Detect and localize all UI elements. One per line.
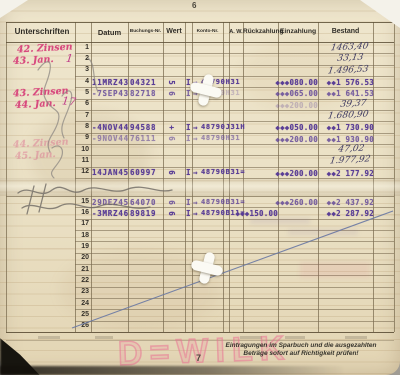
entry-konto: 48790H31: [201, 134, 240, 142]
entry-datum: -3MRZ46: [92, 209, 129, 218]
row-number: 2: [75, 55, 89, 62]
row-number: 6: [75, 100, 89, 107]
row-number: 22: [75, 277, 89, 284]
header-einzahlung: Einzahlung: [278, 28, 318, 35]
row-number: 1: [75, 44, 89, 51]
row-number: 19: [75, 243, 89, 250]
footer-notice-line2: Beträge sofort auf Richtigkeit prüfen!: [206, 350, 396, 358]
einzahlung-stamp: ◆◆◆200.00: [272, 135, 318, 144]
entry-buchung: 94588: [130, 123, 156, 132]
entry-wert: 6: [167, 91, 176, 96]
grid-line: [75, 230, 394, 231]
bestand-stamp: ◆◆2 177.92: [322, 169, 374, 178]
entry-datum: 11MRZ43: [92, 78, 129, 87]
header-wert: Wert: [163, 28, 185, 35]
einzahlung-stamp: ◆◆◆260.00: [272, 198, 318, 207]
entry-aw: I: [186, 123, 191, 132]
margin-note-handwritten: 17: [61, 94, 76, 108]
footer-notice-line1: Eintragungen im Sparbuch und die ausgeza…: [206, 342, 396, 350]
entry-wert: +: [167, 125, 176, 130]
entry-aw: I: [186, 209, 191, 218]
grid-line: [75, 275, 394, 276]
entry-datum: -4NOV44: [92, 123, 129, 132]
row-number: 24: [75, 300, 89, 307]
header-aw: A. W.: [229, 29, 243, 35]
footer-strip-mark: [38, 336, 60, 339]
entry-konto: 48790J31H: [201, 123, 245, 131]
entry-konto: 48790B31=: [201, 198, 245, 206]
scanned-sparbuch-page: 6 12345678910111215161718192021222324252…: [0, 0, 400, 375]
entry-buchung: 64070: [130, 198, 156, 207]
grid-line: [75, 321, 394, 322]
entry-datum: -7SEP43: [92, 89, 129, 98]
paper: 6 12345678910111215161718192021222324252…: [0, 0, 400, 375]
entry-buchung: 04321: [130, 78, 156, 87]
entry-buchung: 82718: [130, 89, 156, 98]
footer-strip-mark: [95, 336, 113, 339]
bestand-stamp: ◆◆1 576.53: [322, 78, 374, 87]
grid-line: [75, 241, 394, 242]
row-number: 18: [75, 232, 89, 239]
entry-aw: I: [186, 198, 191, 207]
margin-note-handwritten: 1: [65, 52, 73, 66]
entry-buchung: 89819: [130, 209, 156, 218]
margin-stamp-45-jan: 45. Jan.: [15, 149, 56, 162]
arrow-glyph: ⇒: [193, 209, 198, 218]
entry-wert: 6: [167, 211, 176, 216]
page-number-top: 6: [192, 1, 196, 10]
row-number: 23: [75, 288, 89, 295]
row-number: 11: [75, 157, 89, 164]
entry-buchung: 76111: [130, 134, 156, 143]
einzahlung-stamp: ◆◆◆065.00: [272, 89, 318, 98]
grid-line: [75, 298, 394, 299]
einzahlung-stamp: ◆◆◆080.00: [272, 78, 318, 87]
footer-strip-mark: [345, 336, 367, 339]
einzahlung-stamp: ◆◆◆050.00: [272, 123, 318, 132]
entry-datum: -9NOV44: [92, 134, 129, 143]
grid-line: [75, 253, 394, 254]
row-number: 3: [75, 66, 89, 73]
arrow-glyph: ⇒: [193, 198, 198, 207]
entry-wert: 5: [167, 80, 176, 85]
row-number: 20: [75, 254, 89, 261]
header-unterschriften: Unterschriften: [10, 27, 74, 36]
edge-shadow: [0, 366, 345, 375]
page-number-bottom: 7: [196, 353, 201, 363]
entry-buchung: 60997: [130, 168, 156, 177]
entry-wert: 6: [167, 136, 176, 141]
entry-wert: 6: [167, 200, 176, 205]
row-number: 10: [75, 146, 89, 153]
entry-datum: 29DEZ45: [92, 198, 129, 207]
arrow-glyph: ⇒: [193, 134, 198, 143]
header-buchungs-nr: Buchungs-Nr.: [128, 29, 163, 34]
footer-notice: Eintragungen im Sparbuch und die ausgeza…: [206, 342, 396, 358]
arrow-glyph: ⇒: [193, 123, 198, 132]
row-number: 21: [75, 266, 89, 273]
grid-line: [75, 264, 394, 265]
arrow-glyph: ⇒: [193, 168, 198, 177]
header-konto-nr: Konto-Nr.: [192, 29, 223, 34]
grid-line: [6, 22, 394, 23]
rueckzahlung-stamp: ◆◆◆150.00: [234, 209, 278, 218]
bestand-stamp: ◆◆1 641.53: [322, 89, 374, 98]
header-datum: Datum: [91, 28, 128, 37]
margin-stamp-43-jan: 43. Jan.: [13, 54, 54, 67]
header-rueckzahlung: Rückzahlung: [243, 28, 278, 35]
margin-stamp-44-jan: 44. Jan.: [15, 98, 56, 111]
entry-datum: 14JAN45: [92, 168, 129, 177]
bestand-stamp: ◆◆2 287.92: [322, 209, 374, 218]
bestand-stamp: ◆◆2 437.92: [322, 198, 374, 207]
bestand-stamp: ◆◆1 930.90: [322, 135, 374, 144]
einzahlung-stamp: ◆◆◆200.00: [272, 169, 318, 178]
entry-wert: 6: [167, 170, 176, 175]
row-number: 17: [75, 220, 89, 227]
page-fold: [0, 178, 400, 196]
grid-line: [75, 287, 394, 288]
bestand-stamp: ◆◆1 730.90: [322, 123, 374, 132]
grid-line: [75, 309, 394, 310]
row-number: 25: [75, 311, 89, 318]
entry-aw: I: [186, 168, 191, 177]
row-number: 26: [75, 322, 89, 329]
row-number: 7: [75, 112, 89, 119]
header-bestand: Bestand: [318, 28, 373, 35]
entry-aw: I: [186, 134, 191, 143]
entry-konto: 48790B31=: [201, 168, 245, 176]
